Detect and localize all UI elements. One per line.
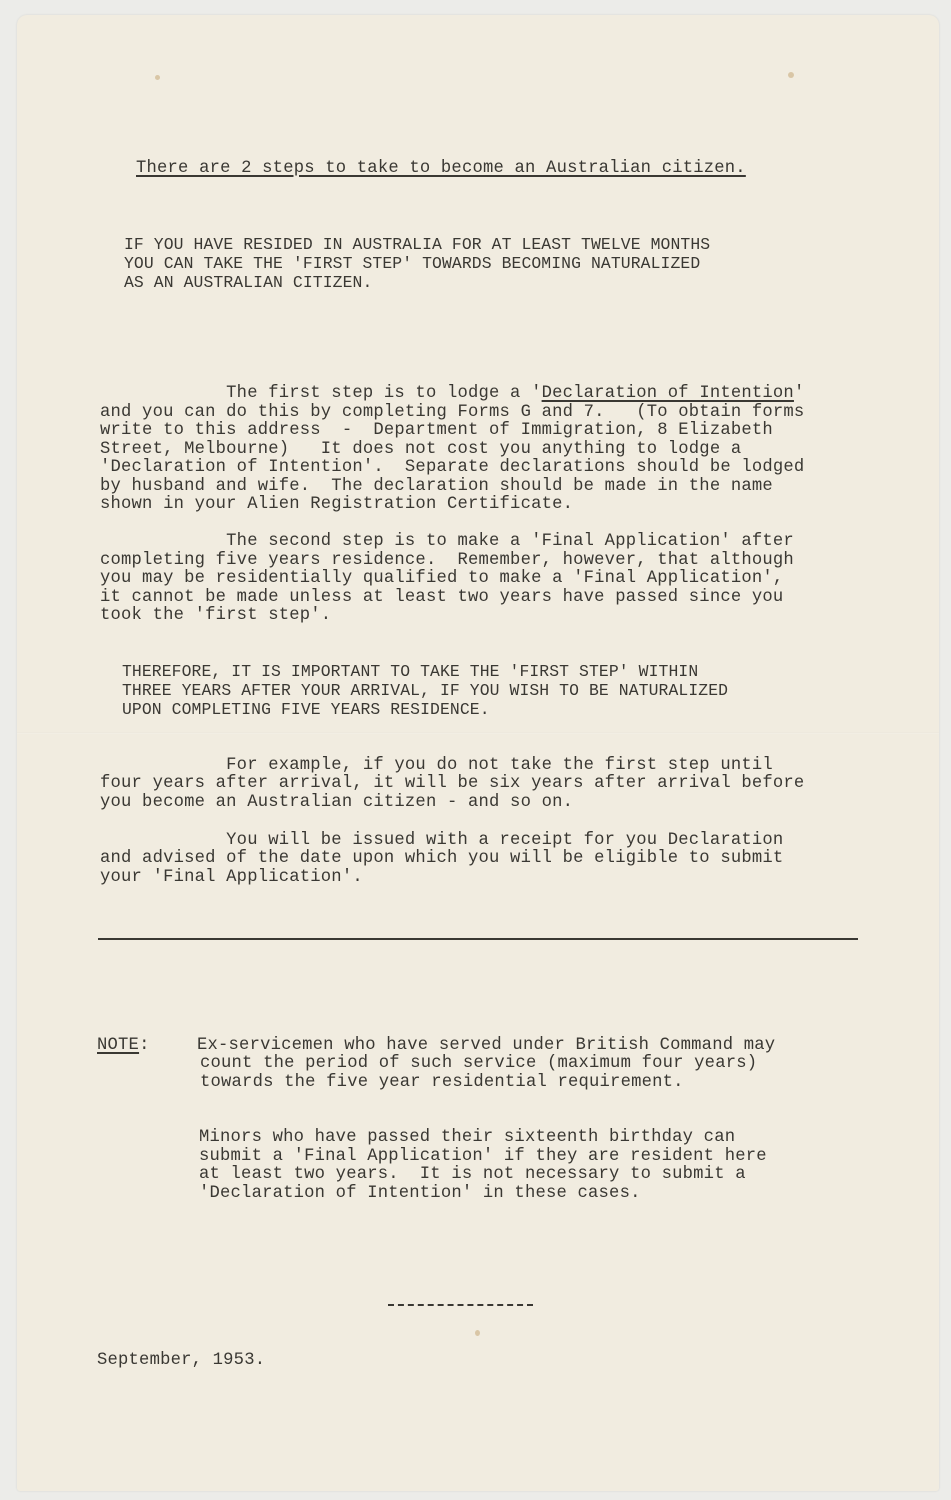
receipt-line: You will be issued with a receipt for yo… (100, 832, 783, 851)
dashed-separator (388, 1304, 533, 1306)
second-step-line: took the 'first step'. (100, 607, 331, 626)
first-step-line: write to this address - Department of Im… (100, 422, 773, 441)
note-colon: : (139, 1036, 150, 1055)
example-line: For example, if you do not take the firs… (100, 757, 773, 776)
first-step-line: Street, Melbourne) It does not cost you … (100, 441, 741, 460)
therefore-line: UPON COMPLETING FIVE YEARS RESIDENCE. (122, 701, 490, 720)
second-step-line: you may be residentially qualified to ma… (100, 570, 783, 589)
paper-stain (155, 75, 160, 80)
example-line: you become an Australian citizen - and s… (100, 794, 573, 813)
paper-fold-crease (17, 732, 939, 734)
second-step-line: completing five years residence. Remembe… (100, 552, 794, 571)
first-step-line: and you can do this by completing Forms … (100, 404, 804, 423)
intro-line: YOU CAN TAKE THE 'FIRST STEP' TOWARDS BE… (124, 255, 700, 274)
note-para2-line: submit a 'Final Application' if they are… (199, 1148, 767, 1167)
first-step-line: by husband and wife. The declaration sho… (100, 478, 773, 497)
note-para1-line: Ex-servicemen who have served under Brit… (197, 1037, 775, 1056)
note-para1-line: towards the five year residential requir… (200, 1074, 684, 1093)
therefore-line: THEREFORE, IT IS IMPORTANT TO TAKE THE '… (122, 663, 698, 682)
receipt-line: your 'Final Application'. (100, 869, 363, 888)
intro-line: IF YOU HAVE RESIDED IN AUSTRALIA FOR AT … (124, 236, 710, 255)
declaration-of-intention-underlined: Declaration of Intention (542, 384, 794, 403)
note-label: NOTE (97, 1036, 139, 1055)
receipt-line: and advised of the date upon which you w… (100, 850, 783, 869)
note-para2-line: Minors who have passed their sixteenth b… (199, 1129, 735, 1148)
example-line: four years after arrival, it will be six… (100, 775, 804, 794)
therefore-line: THREE YEARS AFTER YOUR ARRIVAL, IF YOU W… (122, 682, 728, 701)
paper-stain (788, 72, 794, 78)
document-title: There are 2 steps to take to become an A… (136, 160, 746, 179)
first-step-line: The first step is to lodge a 'Declaratio… (100, 385, 804, 404)
note-para2-line: at least two years. It is not necessary … (199, 1166, 746, 1185)
first-step-text: The first step is to lodge a ' (100, 384, 542, 403)
document-date: September, 1953. (97, 1352, 265, 1371)
intro-line: AS AN AUSTRALIAN CITIZEN. (124, 274, 372, 293)
paper-stain (475, 1330, 480, 1336)
first-step-line: 'Declaration of Intention'. Separate dec… (100, 459, 804, 478)
note-label-line: NOTE: (97, 1037, 150, 1056)
second-step-line: it cannot be made unless at least two ye… (100, 589, 783, 608)
note-para1-line: count the period of such service (maximu… (200, 1055, 757, 1074)
horizontal-divider (98, 938, 858, 940)
first-step-line: shown in your Alien Registration Certifi… (100, 496, 573, 515)
second-step-line: The second step is to make a 'Final Appl… (100, 533, 794, 552)
quote-mark: ' (794, 384, 805, 403)
note-para2-line: 'Declaration of Intention' in these case… (199, 1185, 641, 1204)
